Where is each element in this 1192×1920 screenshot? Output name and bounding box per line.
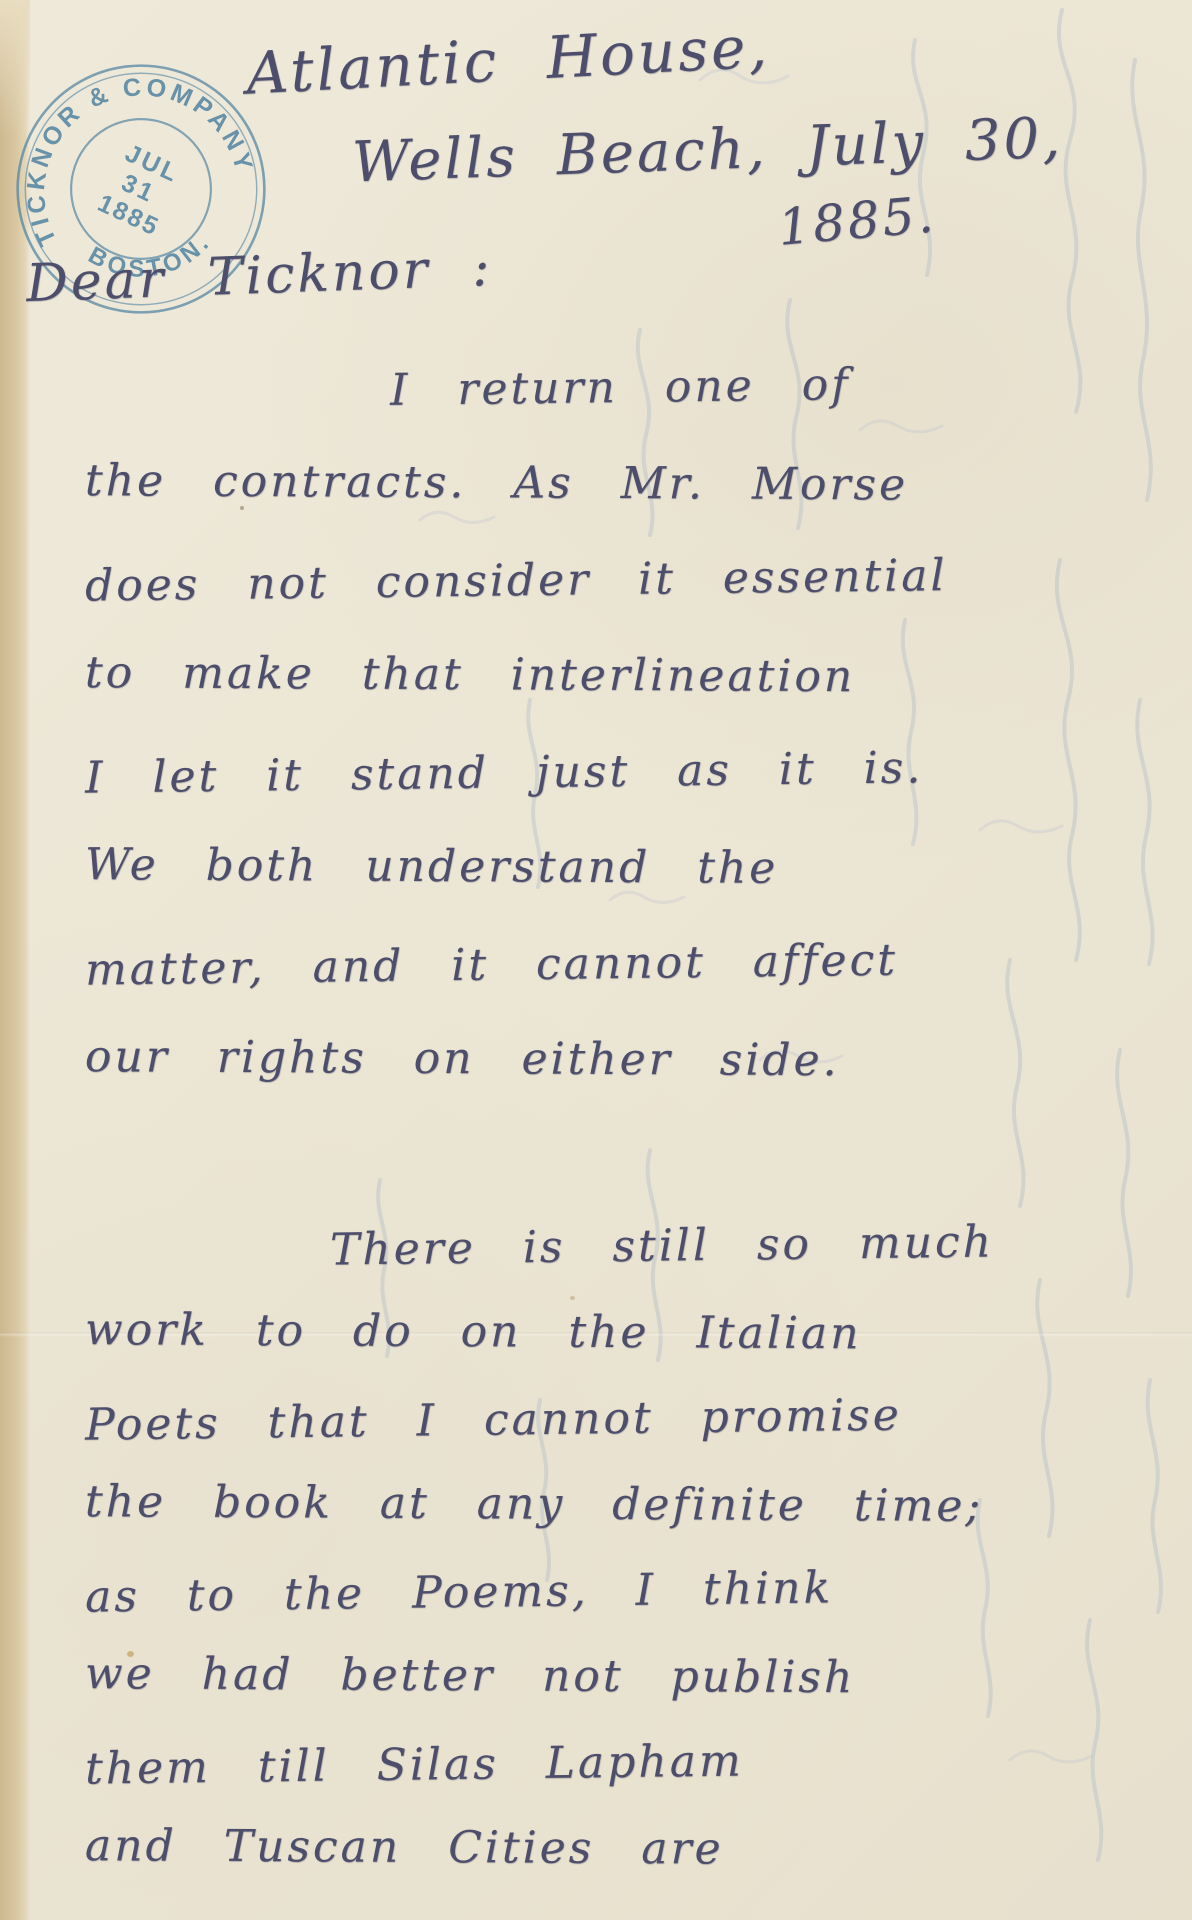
letter-line: does not consider it essential [84, 525, 1160, 634]
paragraph: There is still so muchwork to do on the … [85, 1204, 1160, 1892]
letterhead-year-line: 1885. [776, 185, 939, 257]
letter-line: we had better not publish [85, 1631, 1160, 1723]
letter-page: TICKNOR & COMPANY BOSTON. JUL 31 1885 At… [0, 0, 1192, 1920]
letter-line: and Tuscan Cities are [85, 1803, 1160, 1895]
letter-line: I let it stand just as it is. [84, 717, 1160, 826]
letter-line: matter, and it cannot affect [84, 909, 1160, 1018]
letterhead-date-line: Wells Beach, July 30, [351, 106, 1064, 196]
letter-line: to make that interlineation [85, 625, 1160, 727]
letter-line: Poets that I cannot promise [85, 1369, 1161, 1468]
letter-line: We both understand the [85, 817, 1160, 919]
letter-line: the book at any definite time; [85, 1459, 1160, 1551]
letter-line: There is still so much [85, 1197, 1161, 1296]
letter-line: our rights on either side. [85, 1009, 1160, 1111]
paragraph: I return one ofthe contracts. As Mr. Mor… [85, 340, 1160, 1108]
letter-body: I return one ofthe contracts. As Mr. Mor… [85, 340, 1160, 1892]
letter-line: I return one of [84, 333, 1160, 442]
letter-line: work to do on the Italian [85, 1287, 1160, 1379]
letterhead-place-line: Atlantic House, [245, 12, 772, 107]
letter-line: the contracts. As Mr. Morse [85, 433, 1160, 535]
letter-line: them till Silas Lapham [85, 1713, 1161, 1812]
letter-line: as to the Poems, I think [85, 1541, 1161, 1640]
